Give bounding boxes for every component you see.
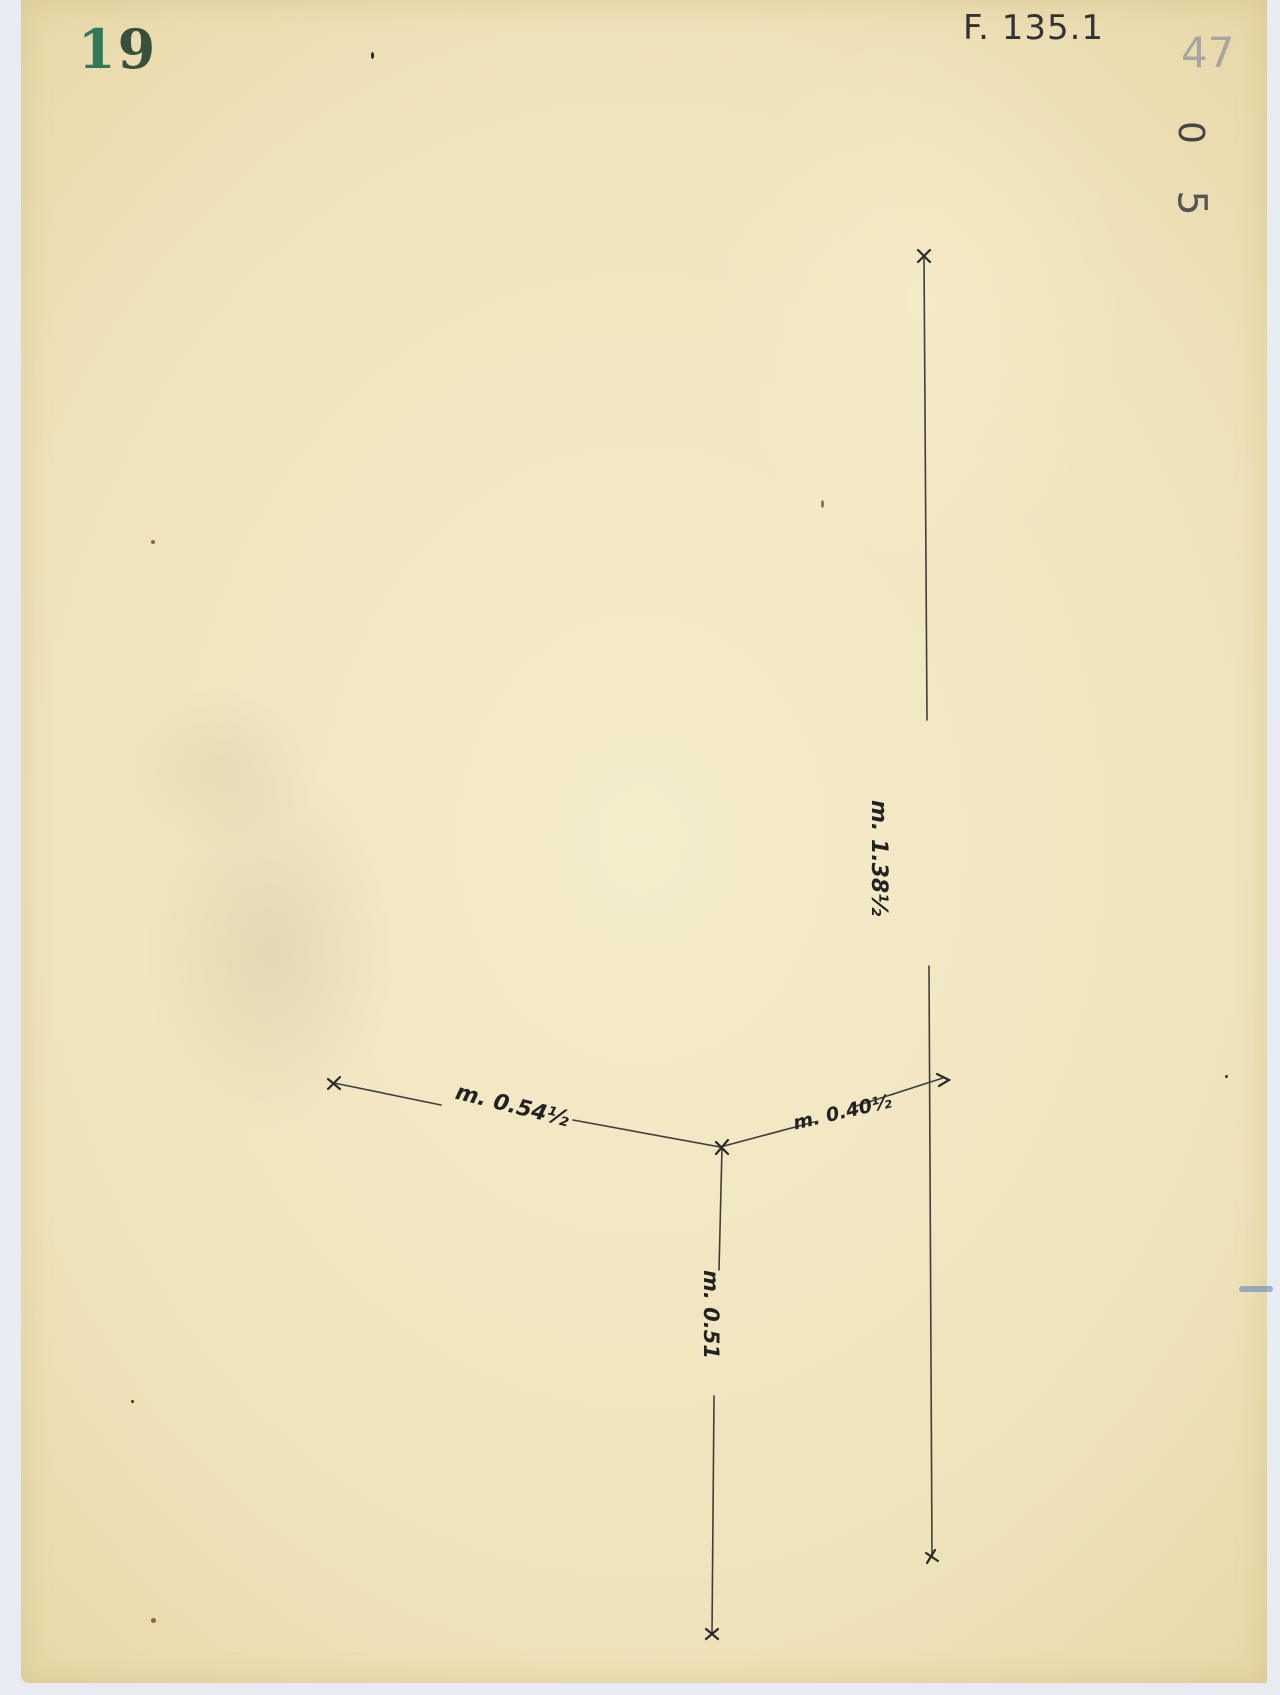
height-measurement-label: m. 1.38½ bbox=[866, 800, 891, 916]
paper-speck bbox=[1225, 1075, 1228, 1078]
paper-speck bbox=[131, 1400, 134, 1403]
depth-line-lower bbox=[712, 1396, 714, 1634]
left-width-line-outer bbox=[334, 1083, 441, 1105]
blue-ink-mark bbox=[1239, 1286, 1273, 1292]
depth-measurement-label: m. 0.51 bbox=[699, 1270, 723, 1359]
x-marker-left bbox=[328, 1077, 340, 1089]
paper-speck bbox=[151, 1618, 156, 1623]
paper-speck bbox=[821, 500, 824, 508]
endpoint-markers bbox=[328, 250, 949, 1639]
measurement-diagram bbox=[21, 0, 1267, 1683]
height-line-lower bbox=[929, 966, 932, 1557]
paper-speck bbox=[151, 540, 155, 544]
paper-speck bbox=[371, 52, 374, 59]
left-width-line-inner bbox=[573, 1120, 720, 1147]
height-line-upper bbox=[924, 256, 927, 720]
photo-mount-card: 19 F. 135.1 47 0 5 m. 1.3 bbox=[21, 0, 1267, 1683]
depth-line-upper bbox=[719, 1148, 722, 1270]
